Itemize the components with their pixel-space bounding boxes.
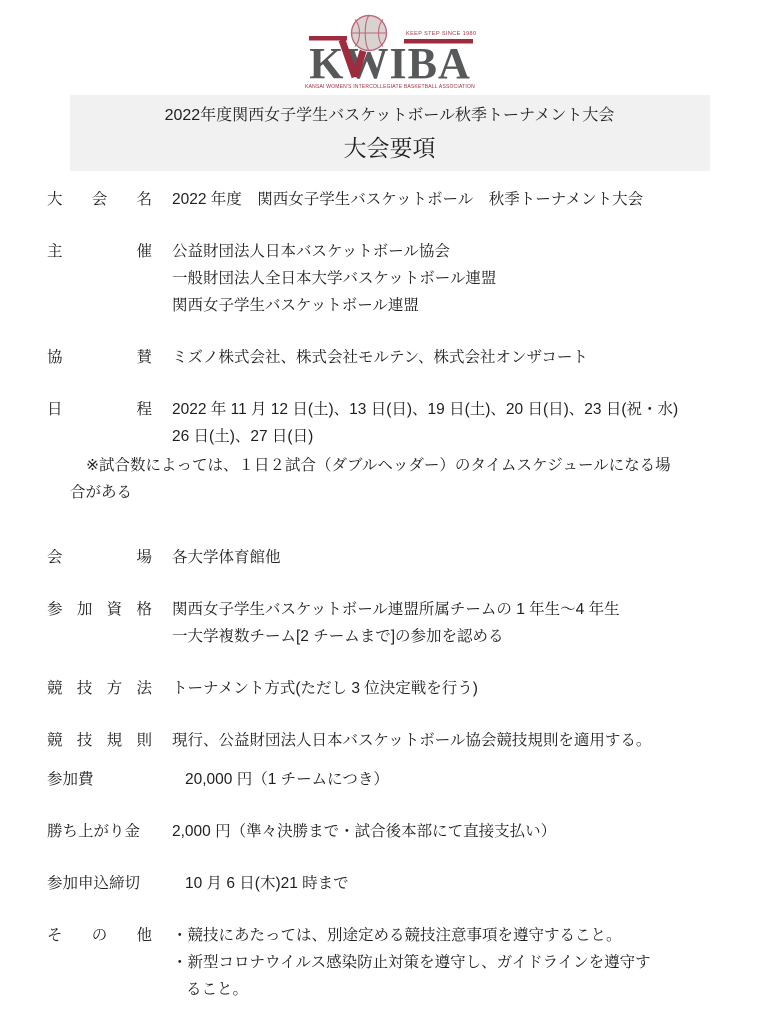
field-value: 2022 年 11 月 12 日(土)、13 日(日)、19 日(土)、20 日… [172, 396, 678, 450]
field-label: 参加申込締切 [47, 870, 152, 897]
row-entry-fee: 参加費 20,000 円（1 チームにつき） [47, 766, 732, 793]
row-eligibility: 参加資格 関西女子学生バスケットボール連盟所属チームの 1 年生～4 年生 一大… [47, 596, 732, 650]
row-other: その他 ・競技にあたっては、別途定める競技注意事項を遵守すること。 ・新型コロナ… [47, 922, 732, 1003]
field-value: 2022 年度 関西女子学生バスケットボール 秋季トーナメント大会 [172, 186, 643, 213]
field-label: 日程 [47, 396, 152, 450]
kwiba-acronym-text: KWIBA [309, 39, 470, 88]
row-sponsor: 協賛 ミズノ株式会社、株式会社モルテン、株式会社オンザコート [47, 344, 732, 371]
basketball-icon [350, 14, 388, 52]
field-value: 公益財団法人日本バスケットボール協会 一般財団法人全日本大学バスケットボール連盟… [172, 238, 496, 319]
field-label: 参加費 [47, 766, 152, 793]
row-venue: 会場 各大学体育館他 [47, 544, 732, 571]
field-label: その他 [47, 922, 152, 1003]
field-value: ミズノ株式会社、株式会社モルテン、株式会社オンザコート [172, 344, 588, 371]
right-bar [404, 39, 473, 44]
logo-caption-text: KANSAI WOMEN'S INTERCOLLEGIATE BASKETBAL… [305, 84, 475, 90]
field-value: トーナメント方式(ただし 3 位決定戦を行う) [172, 675, 478, 702]
row-tournament-name: 大会名 2022 年度 関西女子学生バスケットボール 秋季トーナメント大会 [47, 186, 732, 213]
document-page: KWIBA KEEP STEP SINCE 1980 [0, 0, 779, 1023]
field-value: 2,000 円（準々決勝まで・試合後本部にて直接支払い） [172, 818, 556, 845]
row-application-deadline: 参加申込締切 10 月 6 日(木)21 時まで [47, 870, 732, 897]
field-value: 各大学体育館他 [172, 544, 281, 571]
header-band: 2022年度関西女子学生バスケットボール秋季トーナメント大会 大会要項 [70, 95, 710, 171]
field-label: 参加資格 [47, 596, 152, 650]
field-label: 会場 [47, 544, 152, 571]
field-label: 大会名 [47, 186, 152, 213]
row-competition-format: 競技方法 トーナメント方式(ただし 3 位決定戦を行う) [47, 675, 732, 702]
schedule-note: ※試合数によっては、１日２試合（ダブルヘッダー）のタイムスケジュールになる場 合… [47, 452, 732, 506]
field-label: 競技規則 [47, 727, 152, 754]
row-advancement-fee: 勝ち上がり金 2,000 円（準々決勝まで・試合後本部にて直接支払い） [47, 818, 732, 845]
kwiba-logo-graphic: KWIBA KEEP STEP SINCE 1980 [301, 14, 479, 92]
field-value: 現行、公益財団法人日本バスケットボール協会競技規則を適用する。 [172, 727, 651, 754]
page-title: 大会要項 [70, 133, 710, 163]
field-value: 20,000 円（1 チームにつき） [172, 766, 389, 793]
row-schedule: 日程 2022 年 11 月 12 日(土)、13 日(日)、19 日(土)、2… [47, 396, 732, 450]
field-value: 関西女子学生バスケットボール連盟所属チームの 1 年生～4 年生 一大学複数チー… [172, 596, 620, 650]
field-label: 協賛 [47, 344, 152, 371]
field-label: 勝ち上がり金 [47, 818, 152, 845]
field-label: 競技方法 [47, 675, 152, 702]
field-label: 主催 [47, 238, 152, 319]
row-competition-rules: 競技規則 現行、公益財団法人日本バスケットボール協会競技規則を適用する。 [47, 727, 732, 754]
tournament-subtitle: 2022年度関西女子学生バスケットボール秋季トーナメント大会 [70, 105, 710, 127]
row-organizer: 主催 公益財団法人日本バスケットボール協会 一般財団法人全日本大学バスケットボー… [47, 238, 732, 319]
field-value: 10 月 6 日(木)21 時まで [172, 870, 349, 897]
left-bar [309, 36, 347, 41]
kwiba-logo: KWIBA KEEP STEP SINCE 1980 [301, 14, 479, 92]
document-body: 大会名 2022 年度 関西女子学生バスケットボール 秋季トーナメント大会 主催… [0, 186, 779, 1003]
field-value: ・競技にあたっては、別途定める競技注意事項を遵守すること。 ・新型コロナウイルス… [172, 922, 651, 1003]
logo-tagline-text: KEEP STEP SINCE 1980 [406, 31, 476, 37]
